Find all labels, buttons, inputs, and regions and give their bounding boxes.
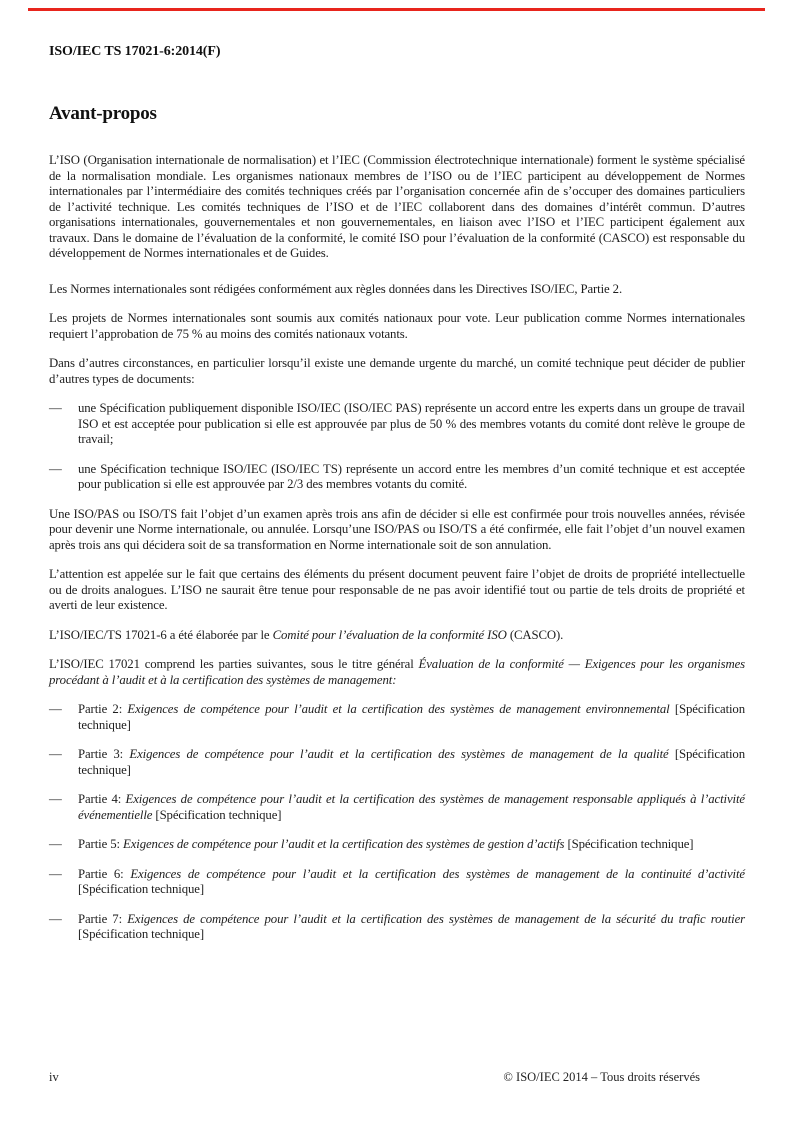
part-label: Partie 2: xyxy=(78,702,127,716)
part-title: Exigences de compétence pour l’audit et … xyxy=(130,867,745,881)
list-item-part-7: — Partie 7: Exigences de compétence pour… xyxy=(49,912,745,943)
paragraph-series-intro: L’ISO/IEC 17021 comprend les parties sui… xyxy=(49,657,745,688)
dash-marker: — xyxy=(49,867,62,883)
part-label: Partie 6: xyxy=(78,867,130,881)
document-page: ISO/IEC TS 17021-6:2014(F) Avant-propos … xyxy=(0,0,793,1122)
page-number: iv xyxy=(49,1070,59,1085)
paragraph-review: Une ISO/PAS ou ISO/TS fait l’objet d’un … xyxy=(49,507,745,554)
paragraph-iso-iec-intro: L’ISO (Organisation internationale de no… xyxy=(49,153,745,262)
list-item-part-4: — Partie 4: Exigences de compétence pour… xyxy=(49,792,745,823)
list-item-ts: — une Spécification technique ISO/IEC (I… xyxy=(49,462,745,493)
foreword-section: Avant-propos L’ISO (Organisation interna… xyxy=(49,102,745,957)
part-suffix: [Spécification technique] xyxy=(78,882,204,896)
part-label: Partie 3: xyxy=(78,747,129,761)
paragraph-elaborated-by: L’ISO/IEC/TS 17021-6 a été élaborée par … xyxy=(49,628,745,644)
dash-marker: — xyxy=(49,401,62,417)
dash-marker: — xyxy=(49,912,62,928)
list-item-part-2: — Partie 2: Exigences de compétence pour… xyxy=(49,702,745,733)
page-title: Avant-propos xyxy=(49,102,745,126)
paragraph-vote: Les projets de Normes internationales so… xyxy=(49,311,745,342)
dash-marker: — xyxy=(49,462,62,478)
elaborated-post: (CASCO). xyxy=(507,628,564,642)
list-item-text: une Spécification publiquement disponibl… xyxy=(78,401,745,446)
elaborated-pre: L’ISO/IEC/TS 17021-6 a été élaborée par … xyxy=(49,628,273,642)
part-suffix: [Spécification technique] xyxy=(78,927,204,941)
copyright-notice: © ISO/IEC 2014 – Tous droits réservés xyxy=(503,1070,700,1085)
list-item-pas: — une Spécification publiquement disponi… xyxy=(49,401,745,448)
elaborated-committee: Comité pour l’évaluation de la conformit… xyxy=(273,628,507,642)
part-suffix: [Spécification technique] xyxy=(564,837,693,851)
series-intro-pre: L’ISO/IEC 17021 comprend les parties sui… xyxy=(49,657,419,671)
part-label: Partie 7: xyxy=(78,912,127,926)
part-label: Partie 4: xyxy=(78,792,126,806)
list-item-text: une Spécification technique ISO/IEC (ISO… xyxy=(78,462,745,492)
list-item-part-5: — Partie 5: Exigences de compétence pour… xyxy=(49,837,745,853)
part-title: Exigences de compétence pour l’audit et … xyxy=(129,747,668,761)
part-label: Partie 5: xyxy=(78,837,123,851)
part-title: Exigences de compétence pour l’audit et … xyxy=(123,837,564,851)
part-title: Exigences de compétence pour l’audit et … xyxy=(127,702,669,716)
list-item-part-6: — Partie 6: Exigences de compétence pour… xyxy=(49,867,745,898)
top-rule xyxy=(28,8,765,11)
list-item-part-3: — Partie 3: Exigences de compétence pour… xyxy=(49,747,745,778)
paragraph-patent-rights: L’attention est appelée sur le fait que … xyxy=(49,567,745,614)
dash-marker: — xyxy=(49,747,62,763)
paragraph-other-documents: Dans d’autres circonstances, en particul… xyxy=(49,356,745,387)
dash-marker: — xyxy=(49,702,62,718)
paragraph-directives: Les Normes internationales sont rédigées… xyxy=(49,282,745,298)
dash-marker: — xyxy=(49,837,62,853)
part-title: Exigences de compétence pour l’audit et … xyxy=(127,912,745,926)
document-reference: ISO/IEC TS 17021-6:2014(F) xyxy=(49,44,220,60)
part-suffix: [Spécification technique] xyxy=(152,808,281,822)
dash-marker: — xyxy=(49,792,62,808)
